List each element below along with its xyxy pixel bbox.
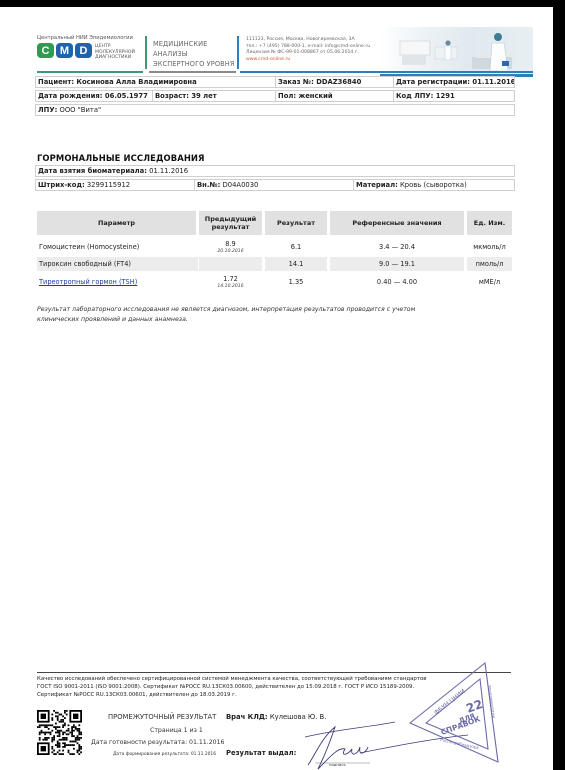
cell-previous bbox=[199, 257, 262, 271]
header-rule-gray bbox=[149, 71, 236, 73]
report-page: Центральный НИИ Эпидемиологии C M D ЦЕНТ… bbox=[0, 7, 553, 770]
header-rule-green bbox=[37, 71, 143, 73]
contact-info: 111123, Россия, Москва, Новогиреевская, … bbox=[246, 37, 370, 63]
cell-previous: 1.7214.10.2016 bbox=[199, 272, 262, 292]
cell-result: 6.1 bbox=[265, 237, 327, 256]
patient-name: Пациент: Косинова Алла Владимировна bbox=[35, 76, 276, 88]
address: 111123, Россия, Москва, Новогиреевская, … bbox=[246, 37, 370, 44]
cell-result: 14.1 bbox=[265, 257, 327, 271]
logo-letter-d: D bbox=[75, 43, 92, 58]
birth-date: Дата рождения: 06.05.1977 bbox=[35, 90, 153, 102]
cell-unit: мМЕ/л bbox=[467, 272, 512, 292]
previous-value: 1.72 bbox=[223, 275, 238, 283]
col-header-reference: Референсные значения bbox=[330, 211, 464, 235]
quality-line: ГОСТ ISO 9001-2011 (ISO 9001:2008). Серт… bbox=[37, 684, 426, 692]
age: Возраст: 39 лет bbox=[152, 90, 276, 102]
stamp: 22 ДЛЯ СПРАВОК ФБУН ЦНИИ Роспотребнадзор… bbox=[400, 655, 540, 770]
cmd-logo: C M D bbox=[37, 43, 92, 58]
page-number: Страница 1 из 1 bbox=[150, 727, 203, 734]
material: Материал: Кровь (сыворотка) bbox=[353, 179, 515, 191]
cell-parameter: Тиреотропный гормон (TSH) bbox=[37, 272, 198, 292]
tagline-line: МЕДИЦИНСКИЕ bbox=[153, 39, 235, 49]
parameter-name: Гомоцистеин (Homocysteine) bbox=[39, 243, 139, 251]
order-number: Заказ №: DDAZ36840 bbox=[275, 76, 394, 88]
parameter-link[interactable]: Тиреотропный гормон (TSH) bbox=[39, 278, 137, 286]
cell-result: 1.35 bbox=[265, 272, 327, 292]
disclaimer: Результат лабораторного исследования не … bbox=[37, 305, 415, 324]
logo-letter-m: M bbox=[56, 43, 73, 58]
registration-date: Дата регистрации: 01.11.2016 bbox=[393, 76, 515, 88]
issued-by-label: Результат выдал: bbox=[226, 749, 296, 757]
cell-unit: мкмоль/л bbox=[467, 237, 512, 256]
cell-previous: 8.920.10.2016 bbox=[199, 237, 262, 256]
col-header-unit: Ед. Изм. bbox=[467, 211, 512, 235]
cell-parameter: Гомоцистеин (Homocysteine) bbox=[37, 237, 198, 256]
section-title: ГОРМОНАЛЬНЫЕ ИССЛЕДОВАНИЯ bbox=[37, 153, 205, 163]
formed-date: Дата формирования результата: 01.11.2016 bbox=[113, 752, 216, 757]
logo-subtitle-line: ДИАГНОСТИКИ bbox=[95, 55, 135, 61]
sex: Пол: женский bbox=[275, 90, 394, 102]
quality-line: Качество исследований обеспечено сертифи… bbox=[37, 676, 426, 684]
qr-code bbox=[37, 710, 82, 755]
license: Лицензия № ФС-99-01-008867 от 05.06.2014… bbox=[246, 50, 370, 57]
logo-subtitle: ЦЕНТР МОЛЕКУЛЯРНОЙ ДИАГНОСТИКИ bbox=[95, 44, 135, 61]
previous-date: 14.10.2016 bbox=[217, 284, 243, 289]
lab-photo bbox=[380, 27, 533, 77]
tagline-line: ЭКСПЕРТНОГО УРОВНЯ bbox=[153, 59, 235, 69]
lpu: ЛПУ: ООО "Вита" bbox=[35, 104, 515, 116]
cell-reference: 9.0 — 19.1 bbox=[330, 257, 464, 271]
cell-unit: пмоль/л bbox=[467, 257, 512, 271]
barcode: Штрих-код: 3299115912 bbox=[35, 179, 195, 191]
disclaimer-line: Результат лабораторного исследования не … bbox=[37, 305, 415, 315]
logo-letter-c: C bbox=[37, 43, 54, 58]
ready-date: Дата готовности результата: 01.11.2016 bbox=[91, 739, 224, 746]
previous-date: 20.10.2016 bbox=[217, 249, 243, 254]
header-rule-blue bbox=[240, 71, 533, 73]
signature-caption: подпись bbox=[329, 762, 346, 767]
parameter-name: Тироксин свободный (FT4) bbox=[39, 260, 131, 268]
lpu-code: Код ЛПУ: 1291 bbox=[393, 90, 515, 102]
result-status: ПРОМЕЖУТОЧНЫЙ РЕЗУЛЬТАТ bbox=[108, 713, 216, 721]
website-link[interactable]: www.cmd-online.ru bbox=[246, 57, 370, 64]
svg-text:ФБУН ЦНИИ: ФБУН ЦНИИ bbox=[433, 688, 467, 717]
sample-date: Дата взятия биоматериала: 01.11.2016 bbox=[35, 165, 515, 177]
svg-text:Роспотребнадзора: Роспотребнадзора bbox=[440, 737, 480, 750]
quality-line: Сертификат №РОСС RU.13СК03.00601, действ… bbox=[37, 692, 426, 700]
cell-reference: 3.4 — 20.4 bbox=[330, 237, 464, 256]
quality-statement: Качество исследований обеспечено сертифи… bbox=[37, 676, 426, 699]
tagline: МЕДИЦИНСКИЕ АНАЛИЗЫ ЭКСПЕРТНОГО УРОВНЯ bbox=[153, 39, 235, 69]
cell-parameter: Тироксин свободный (FT4) bbox=[37, 257, 198, 271]
disclaimer-line: клинических проявлений и данных анамнеза… bbox=[37, 315, 415, 325]
org-name: Центральный НИИ Эпидемиологии bbox=[37, 35, 133, 41]
col-header-parameter: Параметр bbox=[37, 211, 196, 235]
cell-reference: 0.40 — 4.00 bbox=[330, 272, 464, 292]
col-header-previous: Предыдущий результат bbox=[199, 211, 262, 235]
divider-green bbox=[145, 36, 147, 69]
previous-value: 8.9 bbox=[225, 240, 236, 248]
internal-number: Вн.№: D04A0030 bbox=[194, 179, 354, 191]
tagline-line: АНАЛИЗЫ bbox=[153, 49, 235, 59]
col-header-result: Результат bbox=[265, 211, 327, 235]
divider-blue bbox=[237, 36, 239, 69]
svg-text:Эпидемиологии: Эпидемиологии bbox=[487, 684, 497, 718]
